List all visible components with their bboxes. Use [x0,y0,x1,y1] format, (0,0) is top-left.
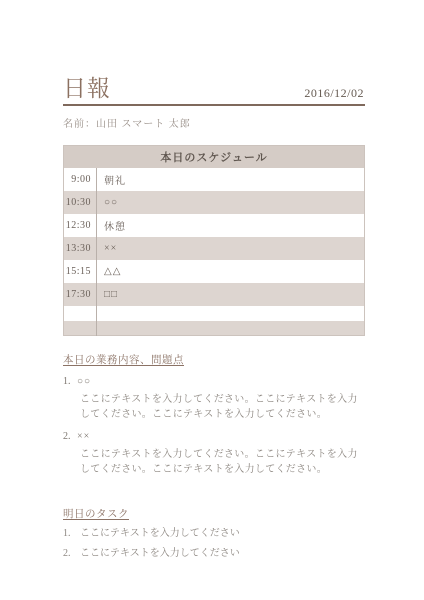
report-content: 日報 2016/12/02 名前：山田 スマート 太郎 本日のスケジュール 9:… [63,76,365,561]
schedule-time: 13:30 [64,237,97,260]
task-number: 2. [63,547,80,561]
task-item: 2. ここにテキストを入力してください [63,547,365,561]
table-row [64,306,365,321]
schedule-item: 休憩 [97,214,365,237]
work-item-head: 1. ○○ [63,375,365,389]
table-row [64,321,365,336]
work-section: 本日の業務内容、問題点 1. ○○ ここにテキストを入力してください。ここにテキ… [63,352,365,477]
table-row: 13:30 ×× [64,237,365,260]
work-item-body: ここにテキストを入力してください。ここにテキストを入力してください。ここにテキス… [80,447,365,477]
schedule-time: 17:30 [64,283,97,306]
work-item-head: 2. ×× [63,430,365,444]
work-section-heading: 本日の業務内容、問題点 [63,352,365,367]
table-row: 12:30 休憩 [64,214,365,237]
title-rule [63,104,365,106]
table-row: 15:15 △△ [64,260,365,283]
task-number: 1. [63,527,80,541]
work-item-title: ×× [77,430,90,444]
schedule-item: 朝礼 [97,168,365,191]
table-row: 10:30 ○○ [64,191,365,214]
schedule-item [97,321,365,336]
tomorrow-section: 明日のタスク 1. ここにテキストを入力してください 2. ここにテキストを入力… [63,506,365,561]
daily-report-page: 日報 2016/12/02 名前：山田 スマート 太郎 本日のスケジュール 9:… [0,0,424,600]
schedule-time [64,321,97,336]
work-item-body: ここにテキストを入力してください。ここにテキストを入力してください。ここにテキス… [80,392,365,422]
schedule-time: 12:30 [64,214,97,237]
task-text: ここにテキストを入力してください [80,527,240,541]
work-item-title: ○○ [77,375,91,389]
task-text: ここにテキストを入力してください [80,547,240,561]
table-row: 17:30 □□ [64,283,365,306]
work-item: 1. ○○ ここにテキストを入力してください。ここにテキストを入力してください。… [63,375,365,422]
schedule-header-row: 本日のスケジュール [64,146,365,168]
schedule-table-title: 本日のスケジュール [64,146,365,168]
work-item: 2. ×× ここにテキストを入力してください。ここにテキストを入力してください。… [63,430,365,477]
work-item-number: 2. [63,430,77,444]
table-row: 9:00 朝礼 [64,168,365,191]
report-date: 2016/12/02 [304,86,364,101]
schedule-time: 9:00 [64,168,97,191]
schedule-time: 15:15 [64,260,97,283]
schedule-item [97,306,365,321]
schedule-table: 本日のスケジュール 9:00 朝礼 10:30 ○○ 12:30 休憩 13:3… [63,145,365,336]
task-item: 1. ここにテキストを入力してください [63,527,365,541]
schedule-time [64,306,97,321]
tomorrow-section-heading: 明日のタスク [63,506,365,521]
schedule-item: □□ [97,283,365,306]
report-header: 日報 2016/12/02 [63,76,365,102]
schedule-item: ○○ [97,191,365,214]
schedule-time: 10:30 [64,191,97,214]
author-name-line: 名前：山田 スマート 太郎 [63,115,365,130]
work-item-number: 1. [63,375,77,389]
schedule-item: △△ [97,260,365,283]
schedule-item: ×× [97,237,365,260]
